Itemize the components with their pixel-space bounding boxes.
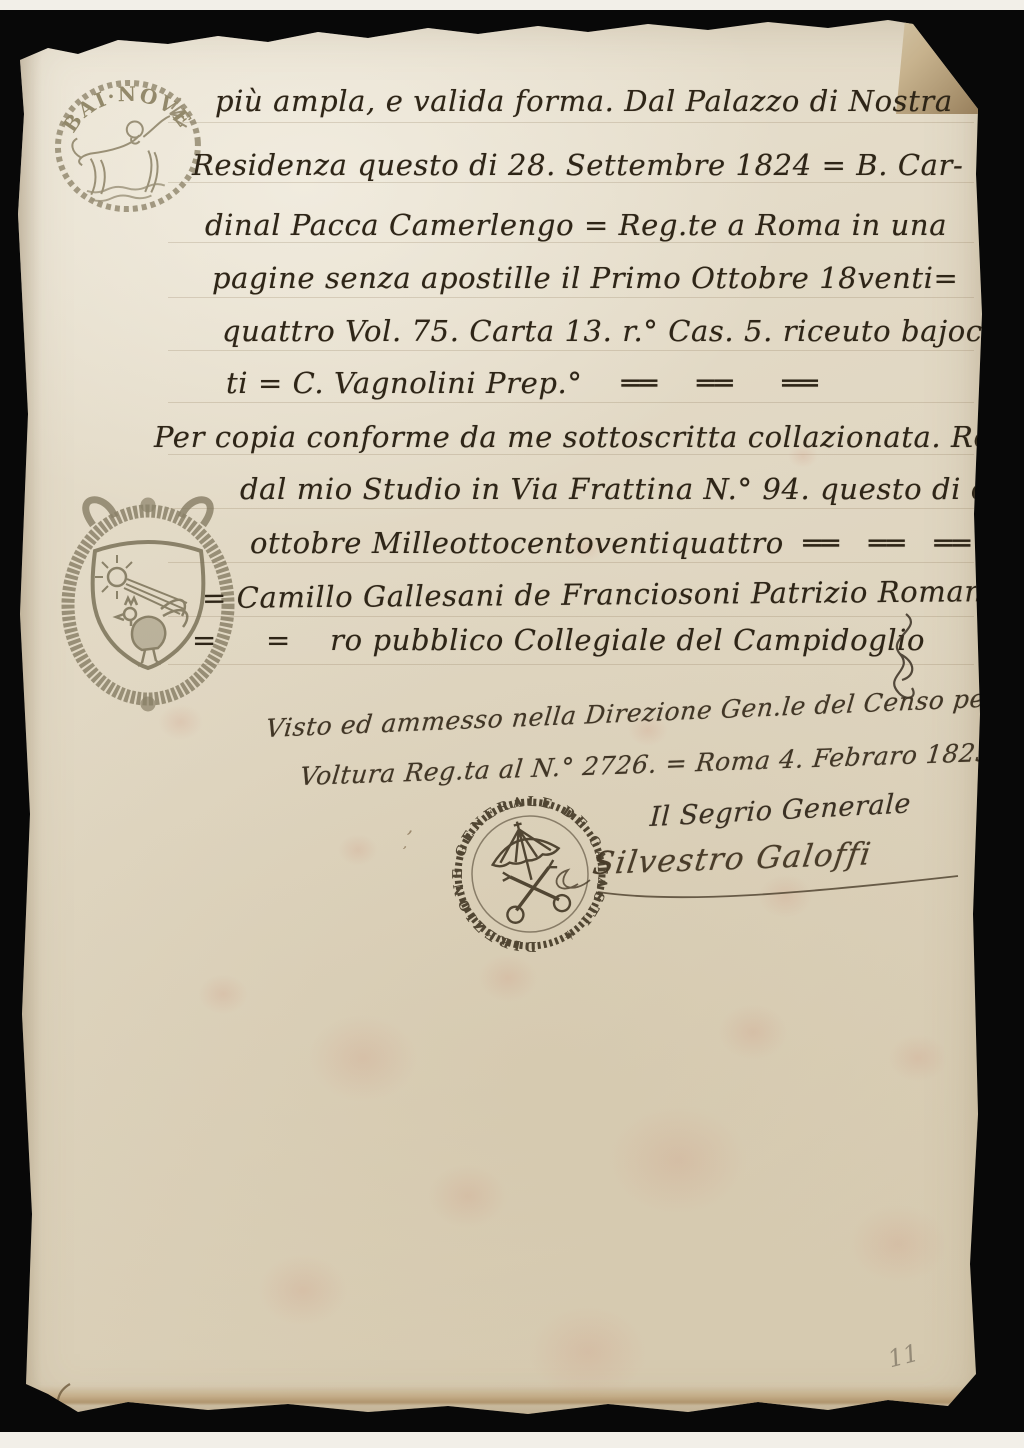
signer-title: Il Segrio Generale xyxy=(649,788,912,833)
manuscript-line: = Camillo Gallesani de Franciosoni Patri… xyxy=(202,573,1024,615)
reclining-river-god-icon: BAI·NOVE xyxy=(39,60,218,233)
stray-ink-mark: ʼ̦ xyxy=(403,826,413,851)
manuscript-line: quattro Vol. 75. Carta 13. r.° Cas. 5. r… xyxy=(222,314,1024,348)
papal-umbraculum-crossed-keys-icon: DIREZIONE GENERALE DE CATASTI ✦ xyxy=(428,772,632,976)
deckle-edge xyxy=(38,1386,968,1404)
manuscript-line: = = ro pubblico Collegiale del Campidogl… xyxy=(192,623,925,657)
manuscript-line: dal mio Studio in Via Frattina N.° 94. q… xyxy=(240,472,1024,506)
manuscript-line: più ampla, e valida forma. Dal Palazzo d… xyxy=(215,84,953,118)
scanner-edge-top xyxy=(0,0,1024,10)
manuscript-page: BAI·NOVE xyxy=(8,14,990,1426)
manuscript-line: ti = C. Vagnolini Prep.° ══ ══ ══ xyxy=(226,366,818,400)
census-office-stamp: DIREZIONE GENERALE DE CATASTI ✦ xyxy=(428,772,632,976)
manuscript-line: dinal Pacca Camerlengo = Reg.te a Roma i… xyxy=(205,208,947,242)
binding-thread xyxy=(48,1382,88,1426)
manuscript-line: pagine senza apostille il Primo Ottobre … xyxy=(212,261,958,295)
manuscript-line: ottobre Milleottocentoventiquattro ══ ══… xyxy=(250,526,971,560)
scanner-edge-bottom xyxy=(0,1432,1024,1448)
manuscript-line: Per copia conforme da me sottoscritta co… xyxy=(154,420,1024,454)
thread-loop-icon xyxy=(48,1382,88,1426)
manuscript-line: Residenza questo di 28. Settembre 1824 =… xyxy=(192,148,963,182)
revenue-stamp-bai-nove: BAI·NOVE xyxy=(39,60,218,233)
page-number: 11 xyxy=(885,1339,921,1374)
binding-shadow xyxy=(8,14,42,1426)
